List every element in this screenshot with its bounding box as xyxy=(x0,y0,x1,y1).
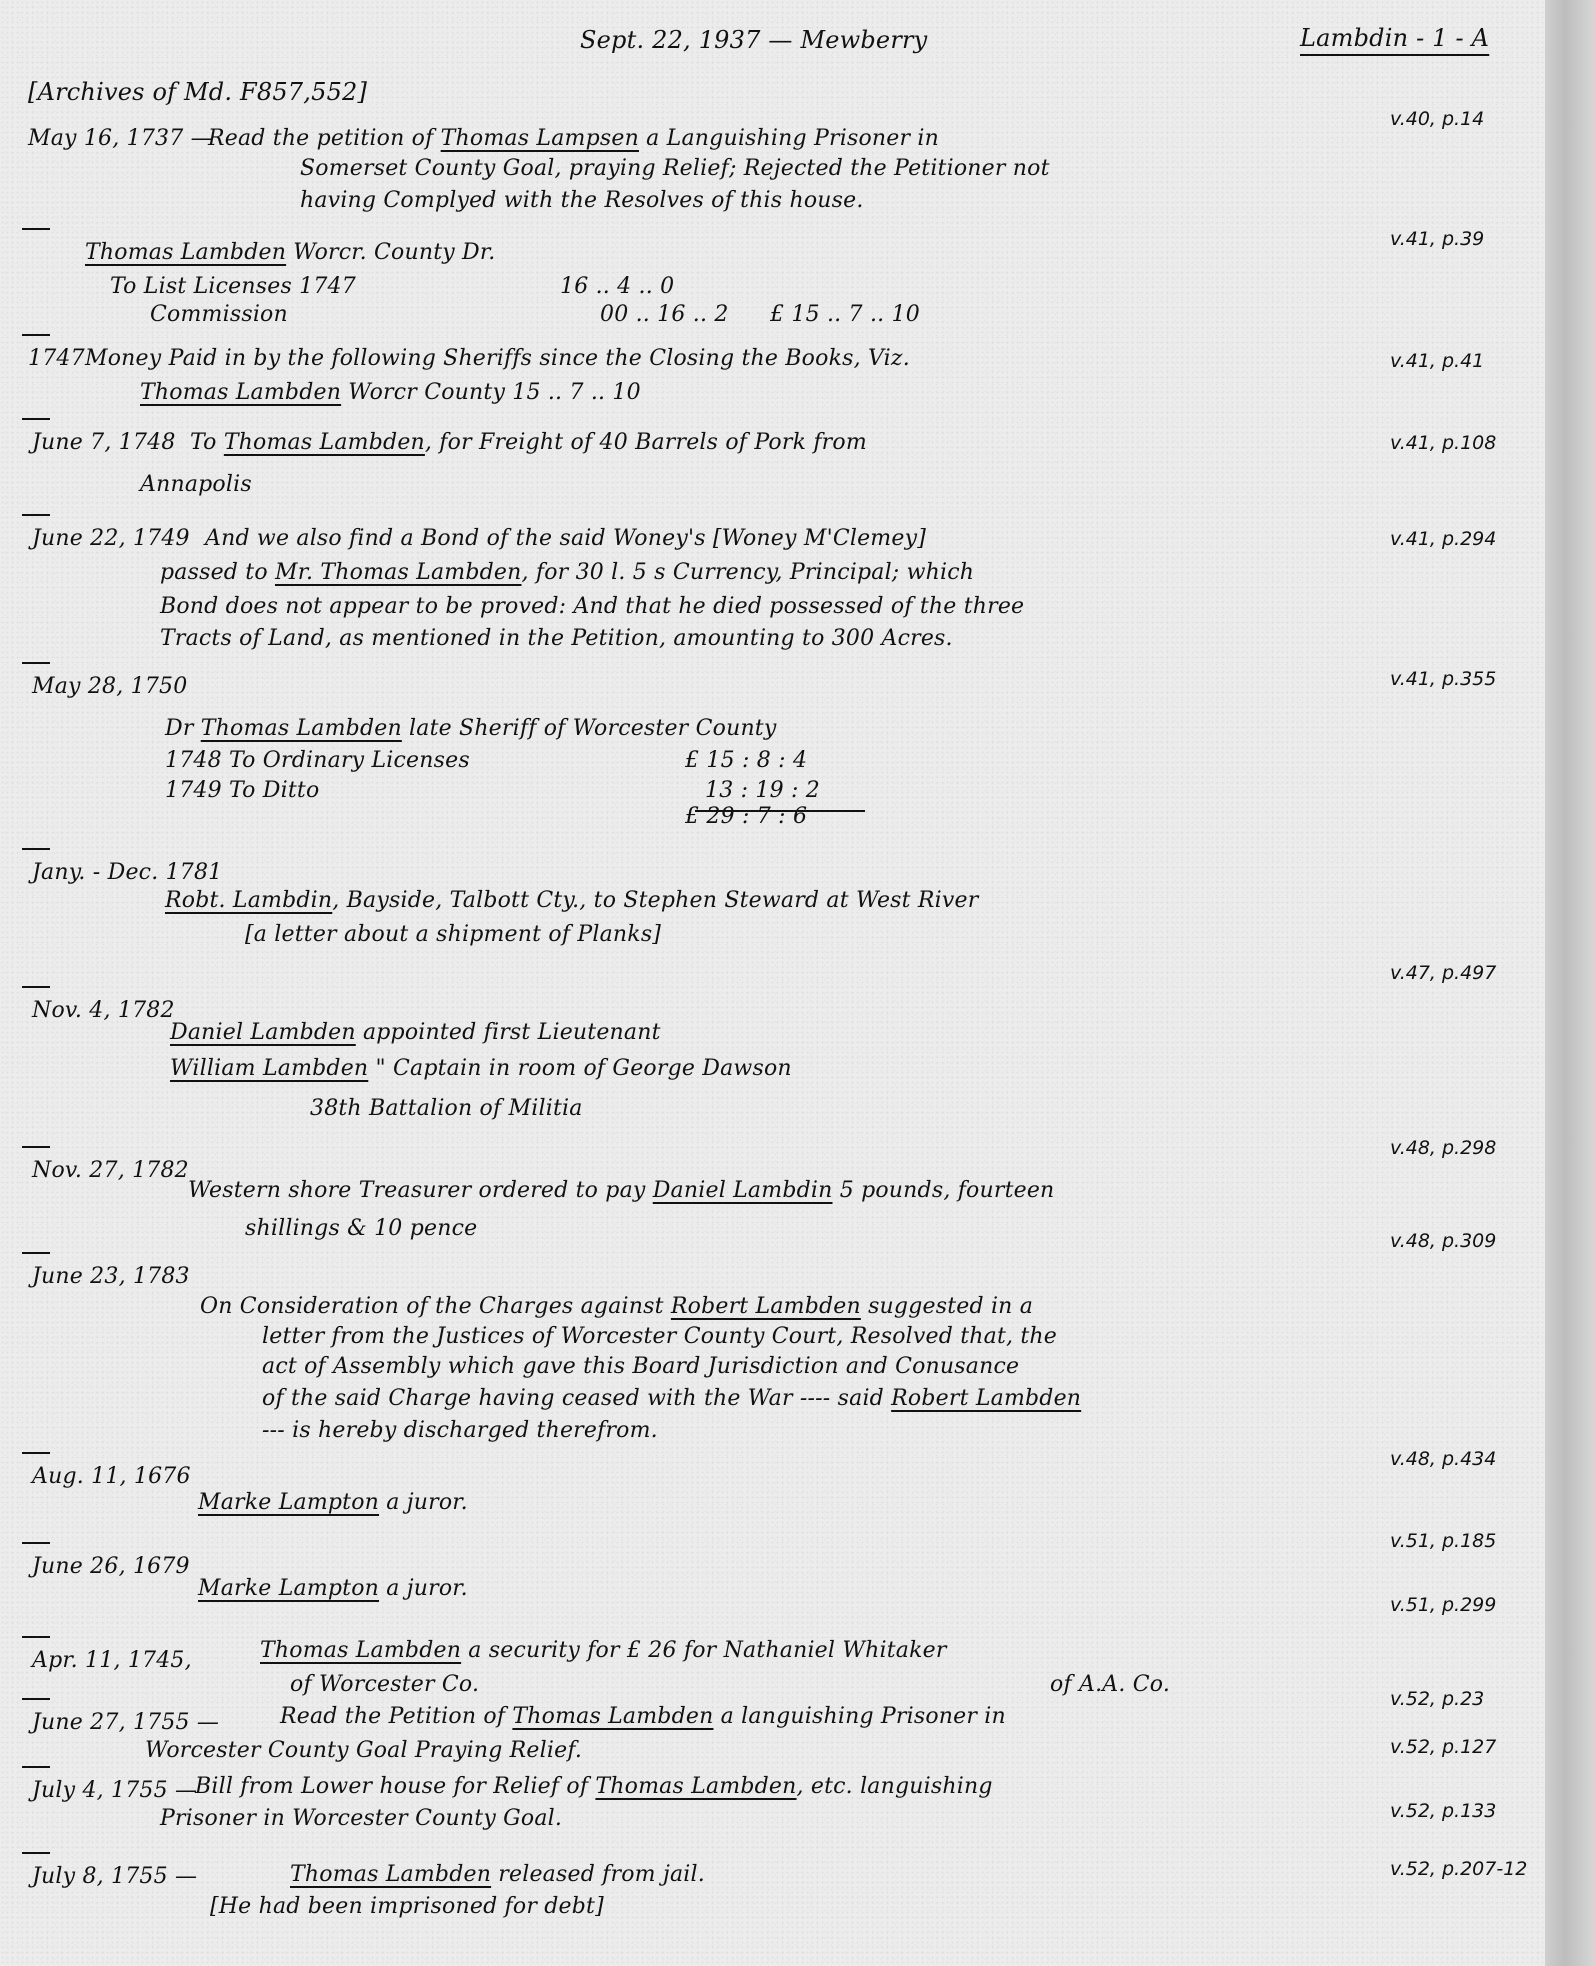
entry-date: June 22, 1749 xyxy=(32,528,190,550)
entry-line: Somerset County Goal, praying Relief; Re… xyxy=(300,158,1050,180)
entry-date: June 27, 1755 — xyxy=(32,1712,219,1734)
underlined-name: Thomas Lambden xyxy=(201,716,402,741)
underlined-name: Robert Lambden xyxy=(891,1386,1081,1411)
entry-date: June 26, 1679 xyxy=(32,1556,190,1578)
sheet-id: Lambdin - 1 - A xyxy=(1300,26,1489,50)
entry-line: 38th Battalion of Militia xyxy=(310,1098,583,1120)
line-text: late Sheriff of Worcester County xyxy=(402,716,777,741)
entry-date: Aug. 11, 1676 xyxy=(32,1466,191,1488)
underlined-name: Thomas Lambden xyxy=(512,1704,713,1729)
volume-page-reference: v.40, p.14 xyxy=(1390,108,1484,130)
entry-column-text: £ 15 .. 7 .. 10 xyxy=(770,304,920,326)
underlined-name: Thomas Lambden xyxy=(85,240,286,265)
underlined-name: Thomas Lampsen xyxy=(441,126,639,151)
line-text: To xyxy=(190,430,224,455)
entry-column-text: To List Licenses 1747 xyxy=(110,276,356,298)
line-text: suggested in a xyxy=(861,1294,1033,1319)
line-text: 5 pounds, fourteen xyxy=(833,1178,1055,1203)
header-title: Sept. 22, 1937 — Mewberry xyxy=(580,28,927,52)
entry-separator-dash xyxy=(22,514,50,516)
entry-date: May 28, 1750 xyxy=(32,676,187,698)
entry-separator-dash xyxy=(22,1252,50,1254)
line-text: Bill from Lower house for Relief of xyxy=(195,1774,595,1799)
entry-date: June 23, 1783 xyxy=(32,1266,190,1288)
line-text: Western shore Treasurer ordered to pay xyxy=(188,1178,653,1203)
entry-line: Read the petition of Thomas Lampsen a La… xyxy=(208,128,939,150)
entry-date: Nov. 4, 1782 xyxy=(32,1000,175,1022)
page-edge xyxy=(1545,0,1595,1966)
entry-separator-dash xyxy=(22,1542,50,1544)
volume-page-reference: v.41, p.355 xyxy=(1390,668,1496,690)
entry-line: [a letter about a shipment of Planks] xyxy=(245,924,661,946)
entry-line: Thomas Lambden Worcr. County Dr. xyxy=(85,242,495,264)
entry-separator-dash xyxy=(22,1636,50,1638)
entry-date: 1747 xyxy=(28,348,85,370)
underlined-name: Daniel Lambdin xyxy=(653,1178,833,1203)
entry-line: Tracts of Land, as mentioned in the Peti… xyxy=(160,628,953,650)
underlined-name: Marke Lampton xyxy=(198,1576,379,1601)
line-text: , for Freight of 40 Barrels of Pork from xyxy=(425,430,867,455)
line-text: act of Assembly which gave this Board Ju… xyxy=(262,1354,1019,1379)
entry-column-text: 1748 To Ordinary Licenses xyxy=(165,750,470,772)
entry-separator-dash xyxy=(22,1452,50,1454)
line-text: Dr xyxy=(165,716,201,741)
line-text: Somerset County Goal, praying Relief; Re… xyxy=(300,156,1050,181)
entry-date: July 4, 1755 — xyxy=(32,1780,197,1802)
line-text: shillings & 10 pence xyxy=(245,1216,477,1241)
volume-page-reference: v.47, p.497 xyxy=(1390,962,1496,984)
entry-separator-dash xyxy=(22,1766,50,1768)
entry-line: Thomas Lambden released from jail. xyxy=(290,1864,705,1886)
entry-line: [He had been imprisoned for debt] xyxy=(210,1896,604,1918)
entry-column-text: £ 15 : 8 : 4 xyxy=(685,750,807,772)
underlined-name: Thomas Lambden xyxy=(140,380,341,405)
entry-line: Bill from Lower house for Relief of Thom… xyxy=(195,1776,993,1798)
entry-date: July 8, 1755 — xyxy=(32,1866,197,1888)
entry-line: Dr Thomas Lambden late Sheriff of Worces… xyxy=(165,718,776,740)
entry-separator-dash xyxy=(22,1852,50,1854)
line-text: letter from the Justices of Worcester Co… xyxy=(262,1324,1057,1349)
line-text: Prisoner in Worcester County Goal. xyxy=(160,1806,562,1831)
entry-column-text: of Worcester Co. xyxy=(290,1674,479,1696)
line-text: Bond does not appear to be proved: And t… xyxy=(160,594,1024,619)
underlined-name: Mr. Thomas Lambden xyxy=(275,560,522,585)
entry-line: Marke Lampton a juror. xyxy=(198,1492,468,1514)
entry-date: June 7, 1748 xyxy=(32,432,176,454)
line-text: Tracts of Land, as mentioned in the Peti… xyxy=(160,626,953,651)
volume-page-reference: v.48, p.298 xyxy=(1390,1137,1496,1159)
line-text: appointed first Lieutenant xyxy=(356,1020,661,1045)
entry-line: Prisoner in Worcester County Goal. xyxy=(160,1808,562,1830)
entry-line: And we also find a Bond of the said Wone… xyxy=(205,528,926,550)
entry-line: act of Assembly which gave this Board Ju… xyxy=(262,1356,1019,1378)
line-text: Read the Petition of xyxy=(280,1704,512,1729)
archive-source: [Archives of Md. F857,552] xyxy=(28,80,367,104)
line-text: Annapolis xyxy=(140,472,252,497)
entry-line: On Consideration of the Charges against … xyxy=(200,1296,1033,1318)
entry-separator-dash xyxy=(22,418,50,420)
entry-date: Nov. 27, 1782 xyxy=(32,1160,189,1182)
line-text: a Languishing Prisoner in xyxy=(639,126,939,151)
line-text: [He had been imprisoned for debt] xyxy=(210,1894,604,1919)
entry-column-text: 1749 To Ditto xyxy=(165,780,319,802)
line-text: [a letter about a shipment of Planks] xyxy=(245,922,661,947)
entry-line: William Lambden " Captain in room of Geo… xyxy=(170,1058,792,1080)
line-text: Money Paid in by the following Sheriffs … xyxy=(85,346,910,371)
entry-line: of the said Charge having ceased with th… xyxy=(262,1388,1081,1410)
line-text: passed to xyxy=(160,560,275,585)
entry-column-text: Commission xyxy=(150,304,288,326)
entry-line: Western shore Treasurer ordered to pay D… xyxy=(188,1180,1054,1202)
line-text: , for 30 l. 5 s Currency, Principal; whi… xyxy=(521,560,974,585)
volume-page-reference: v.41, p.294 xyxy=(1390,528,1496,550)
entry-line: Thomas Lambden a security for £ 26 for N… xyxy=(260,1640,947,1662)
line-text: Worcester County Goal Praying Relief. xyxy=(145,1738,582,1763)
line-text: of the said Charge having ceased with th… xyxy=(262,1386,891,1411)
volume-page-reference: v.48, p.434 xyxy=(1390,1448,1496,1470)
volume-page-reference: v.51, p.299 xyxy=(1390,1594,1496,1616)
entry-line: --- is hereby discharged therefrom. xyxy=(262,1420,658,1442)
entry-line: Marke Lampton a juror. xyxy=(198,1578,468,1600)
entry-date: Apr. 11, 1745, xyxy=(32,1650,192,1672)
underlined-name: Daniel Lambden xyxy=(170,1020,356,1045)
underlined-name: Thomas Lambden xyxy=(595,1774,796,1799)
line-text: released from jail. xyxy=(491,1862,705,1887)
entry-separator-dash xyxy=(22,986,50,988)
volume-page-reference: v.41, p.39 xyxy=(1390,228,1484,250)
line-text: And we also find a Bond of the said Wone… xyxy=(205,526,926,551)
document-page: Sept. 22, 1937 — Mewberry Lambdin - 1 - … xyxy=(0,0,1545,1966)
entry-date: Jany. - Dec. 1781 xyxy=(32,862,222,884)
volume-page-reference: v.52, p.207-12 xyxy=(1390,1858,1527,1880)
volume-page-reference: v.41, p.108 xyxy=(1390,432,1496,454)
line-text: , Bayside, Talbott Cty., to Stephen Stew… xyxy=(332,888,978,913)
line-text: Worcr. County Dr. xyxy=(286,240,495,265)
entry-column-text: £ 29 : 7 : 6 xyxy=(685,806,807,828)
volume-page-reference: v.52, p.127 xyxy=(1390,1736,1496,1758)
entry-line: Bond does not appear to be proved: And t… xyxy=(160,596,1024,618)
underlined-name: Robt. Lambdin xyxy=(165,888,332,913)
underlined-name: Thomas Lambden xyxy=(224,430,425,455)
line-text: --- is hereby discharged therefrom. xyxy=(262,1418,658,1443)
entry-line: Daniel Lambden appointed first Lieutenan… xyxy=(170,1022,661,1044)
line-text: a juror. xyxy=(379,1576,468,1601)
entry-line: letter from the Justices of Worcester Co… xyxy=(262,1326,1057,1348)
entry-separator-dash xyxy=(22,662,50,664)
line-text: a juror. xyxy=(379,1490,468,1515)
line-text: On Consideration of the Charges against xyxy=(200,1294,671,1319)
entry-line: Money Paid in by the following Sheriffs … xyxy=(85,348,910,370)
entry-separator-dash xyxy=(22,1698,50,1700)
underlined-name: Robert Lambden xyxy=(671,1294,861,1319)
line-text: Read the petition of xyxy=(208,126,441,151)
underlined-name: Thomas Lambden xyxy=(260,1638,461,1663)
underlined-name: Marke Lampton xyxy=(198,1490,379,1515)
entry-separator-dash xyxy=(22,228,50,230)
entry-column-text: 16 .. 4 .. 0 xyxy=(560,276,674,298)
volume-page-reference: v.52, p.133 xyxy=(1390,1800,1496,1822)
volume-page-reference: v.51, p.185 xyxy=(1390,1530,1496,1552)
entry-line: Annapolis xyxy=(140,474,252,496)
volume-page-reference: v.52, p.23 xyxy=(1390,1688,1484,1710)
line-text: " Captain in room of George Dawson xyxy=(368,1056,791,1081)
entry-column-text: 00 .. 16 .. 2 xyxy=(600,304,729,326)
line-text: 38th Battalion of Militia xyxy=(310,1096,583,1121)
entry-column-text: of A.A. Co. xyxy=(1050,1674,1170,1696)
underlined-name: Thomas Lambden xyxy=(290,1862,491,1887)
entry-line: passed to Mr. Thomas Lambden, for 30 l. … xyxy=(160,562,974,584)
entry-line: shillings & 10 pence xyxy=(245,1218,477,1240)
line-text: a languishing Prisoner in xyxy=(713,1704,1005,1729)
line-text: having Complyed with the Resolves of thi… xyxy=(300,188,864,213)
entry-line: Robt. Lambdin, Bayside, Talbott Cty., to… xyxy=(165,890,978,912)
entry-separator-dash xyxy=(22,1146,50,1148)
underlined-name: William Lambden xyxy=(170,1056,368,1081)
entry-date: May 16, 1737 — xyxy=(28,128,213,150)
entry-line: having Complyed with the Resolves of thi… xyxy=(300,190,864,212)
entry-line: Read the Petition of Thomas Lambden a la… xyxy=(280,1706,1006,1728)
entry-separator-dash xyxy=(22,848,50,850)
entry-column-text: 13 : 19 : 2 xyxy=(705,780,820,802)
line-text: a security for £ 26 for Nathaniel Whitak… xyxy=(461,1638,946,1663)
entry-line: Thomas Lambden Worcr County 15 .. 7 .. 1… xyxy=(140,382,641,404)
line-text: Worcr County 15 .. 7 .. 10 xyxy=(341,380,641,405)
volume-page-reference: v.41, p.41 xyxy=(1390,350,1484,372)
entry-line: To Thomas Lambden, for Freight of 40 Bar… xyxy=(190,432,867,454)
entry-line: Worcester County Goal Praying Relief. xyxy=(145,1740,582,1762)
line-text: , etc. languishing xyxy=(797,1774,993,1799)
volume-page-reference: v.48, p.309 xyxy=(1390,1230,1496,1252)
entry-separator-dash xyxy=(22,334,50,336)
